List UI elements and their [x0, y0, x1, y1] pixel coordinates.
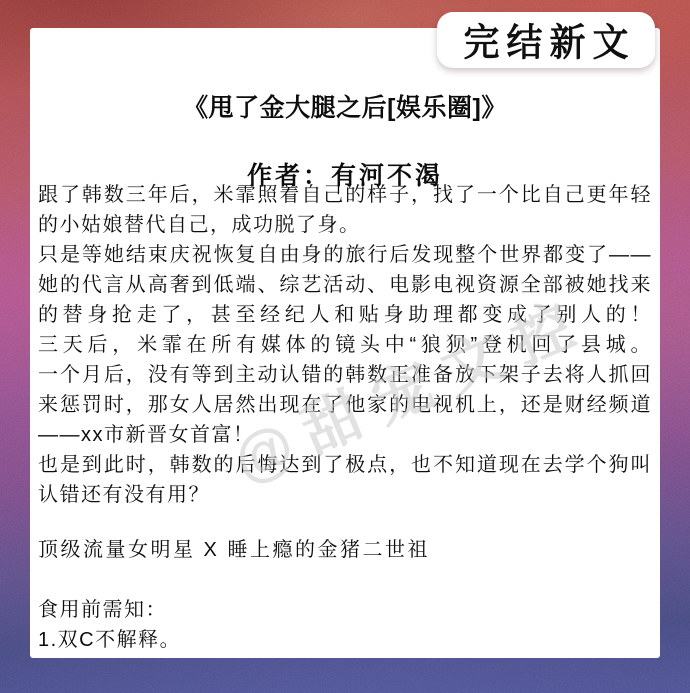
text-line: 她的代言从高奢到低端、综艺活动、电影电视资源全部被她找来: [38, 270, 652, 300]
pairing-line: 顶级流量女明星 X 睡上瘾的金猪二世祖: [38, 535, 652, 565]
completed-badge: 完结新文: [437, 12, 655, 68]
text-line: 只是等她结束庆祝恢复自由身的旅行后发现整个世界都变了——: [38, 240, 652, 270]
text-line: 来惩罚时，那女人居然出现在了他家的电视机上，还是财经频道: [38, 390, 652, 420]
completed-badge-label: 完结新文: [463, 13, 635, 67]
poster-background: 《甩了金大腿之后[娱乐圈]》 作者：有河不渴 跟了韩数三年后，米霏照着自己的样子…: [0, 0, 690, 693]
book-intro-card: 《甩了金大腿之后[娱乐圈]》 作者：有河不渴 跟了韩数三年后，米霏照着自己的样子…: [30, 28, 660, 658]
text-line: 也是到此时，韩数的后悔达到了极点，也不知道现在去学个狗叫: [38, 450, 652, 480]
text-line: 一个月后，没有等到主动认错的韩数正准备放下架子去将人抓回: [38, 360, 652, 390]
text-line: ——xx市新晋女首富！: [38, 420, 652, 450]
text-line: 认错还有没有用？: [38, 480, 652, 510]
notes-lines: 1.双C不解释。: [38, 625, 652, 655]
notes-heading: 食用前需知：: [38, 595, 652, 625]
book-summary: 跟了韩数三年后，米霏照着自己的样子，找了一个比自己更年轻的小姑娘替代自己，成功脱…: [38, 180, 652, 655]
book-title: 《甩了金大腿之后[娱乐圈]》: [30, 88, 660, 124]
text-line: 的替身抢走了，甚至经纪人和贴身助理都变成了别人的！: [38, 300, 652, 330]
text-line: 的小姑娘替代自己，成功脱了身。: [38, 210, 652, 240]
synopsis-lines: 跟了韩数三年后，米霏照着自己的样子，找了一个比自己更年轻的小姑娘替代自己，成功脱…: [38, 180, 652, 510]
text-line: 跟了韩数三年后，米霏照着自己的样子，找了一个比自己更年轻: [38, 180, 652, 210]
text-line: 1.双C不解释。: [38, 625, 652, 655]
text-line: 三天后，米霏在所有媒体的镜头中“狼狈”登机回了县城。: [38, 330, 652, 360]
